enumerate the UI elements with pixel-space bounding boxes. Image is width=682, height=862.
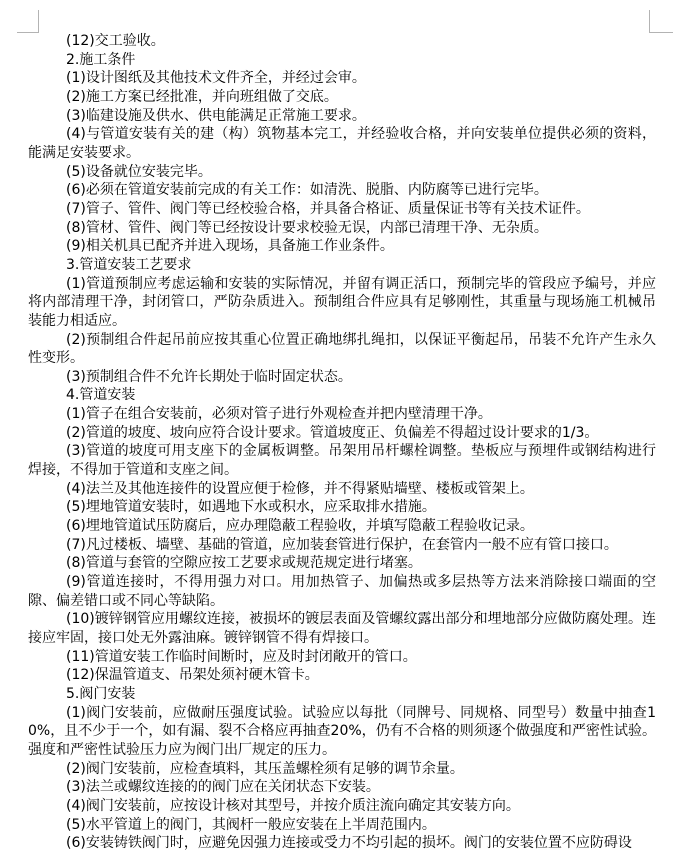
paragraph: (11)管道安装工作临时间断时，应及时封闭敞开的管口。 xyxy=(28,648,656,667)
paragraph: (3)临建设施及供水、供电能满足正常施工要求。 xyxy=(28,107,656,126)
paragraph: (8)管材、管件、阀门等已经按设计要求校验无误，内部已清理干净、无杂质。 xyxy=(28,219,656,238)
paragraph: (12)保温管道支、吊架处须衬硬木管卡。 xyxy=(28,666,656,685)
paragraph: (4)法兰及其他连接件的设置应便于检修，并不得紧贴墙壁、楼板或管架上。 xyxy=(28,480,656,499)
paragraph: 2.施工条件 xyxy=(28,51,656,70)
paragraph: (9)相关机具已配齐并进入现场，具备施工作业条件。 xyxy=(28,237,656,256)
paragraph: (5)埋地管道安装时，如遇地下水或积水，应采取排水措施。 xyxy=(28,498,656,517)
paragraph: 4.管道安装 xyxy=(28,386,656,405)
paragraph: (1)设计图纸及其他技术文件齐全，并经过会审。 xyxy=(28,69,656,88)
paragraph: (6)埋地管道试压防腐后，应办理隐蔽工程验收，并填写隐蔽工程验收记录。 xyxy=(28,517,656,536)
paragraph: (2)管道的坡度、坡向应符合设计要求。管道坡度正、负偏差不得超过设计要求的1/3… xyxy=(28,424,656,443)
paragraph: 3.管道安装工艺要求 xyxy=(28,256,656,275)
paragraph: (1)阀门安装前，应做耐压强度试验。试验应以每批（同牌号、同规格、同型号）数量中… xyxy=(28,704,656,760)
paragraph: (10)镀锌钢管应用螺纹连接，被损坏的镀层表面及管螺纹露出部分和埋地部分应做防腐… xyxy=(28,610,656,647)
paragraph: (3)管道的坡度可用支座下的金属板调整。吊架用吊杆螺栓调整。垫板应与预埋件或钢结… xyxy=(28,442,656,479)
document-page[interactable]: (12)交工验收。2.施工条件(1)设计图纸及其他技术文件齐全，并经过会审。(2… xyxy=(0,0,682,862)
paragraph: (5)水平管道上的阀门，其阀杆一般应安装在上半周范围内。 xyxy=(28,816,656,835)
paragraph: 5.阀门安装 xyxy=(28,685,656,704)
paragraph: (4)与管道安装有关的建（构）筑物基本完工，并经验收合格，并向安装单位提供必须的… xyxy=(28,125,656,162)
paragraph: (3)预制组合件不允许长期处于临时固定状态。 xyxy=(28,368,656,387)
paragraph: (1)管道预制应考虑运输和安装的实际情况，并留有调正活口，预制完毕的管段应予编号… xyxy=(28,275,656,331)
paragraph: (3)法兰或螺纹连接的的阀门应在关闭状态下安装。 xyxy=(28,778,656,797)
text-boundary-mark-top-left xyxy=(17,10,39,33)
paragraph: (6)安装铸铁阀门时，应避免因强力连接或受力不均引起的损坏。阀门的安装位置不应防… xyxy=(28,834,656,853)
paragraph: (2)施工方案已经批准，并向班组做了交底。 xyxy=(28,88,656,107)
paragraph: (2)预制组合件起吊前应按其重心位置正确地绑扎绳扣，以保证平衡起吊，吊装不允许产… xyxy=(28,331,656,368)
paragraph: (12)交工验收。 xyxy=(28,32,656,51)
paragraph: (5)设备就位安装完毕。 xyxy=(28,163,656,182)
paragraph: (4)阀门安装前，应按设计核对其型号，并按介质注流向确定其安装方向。 xyxy=(28,797,656,816)
paragraph: (9)管道连接时，不得用强力对口。用加热管子、加偏热或多层热等方法来消除接口端面… xyxy=(28,573,656,610)
text-boundary-mark-top-right xyxy=(649,10,673,33)
document-body: (12)交工验收。2.施工条件(1)设计图纸及其他技术文件齐全，并经过会审。(2… xyxy=(28,32,656,853)
paragraph: (6)必须在管道安装前完成的有关工作：如清洗、脱脂、内防腐等已进行完毕。 xyxy=(28,181,656,200)
paragraph: (7)凡过楼板、墙壁、基础的管道，应加装套管进行保护，在套管内一般不应有管口接口… xyxy=(28,536,656,555)
paragraph: (7)管子、管件、阀门等已经校验合格，并具备合格证、质量保证书等有关技术证件。 xyxy=(28,200,656,219)
paragraph: (8)管道与套管的空隙应按工艺要求或规范规定进行堵塞。 xyxy=(28,554,656,573)
paragraph: (1)管子在组合安装前，必须对管子进行外观检查并把内壁清理干净。 xyxy=(28,405,656,424)
paragraph: (2)阀门安装前，应检查填料，其压盖螺栓须有足够的调节余量。 xyxy=(28,760,656,779)
